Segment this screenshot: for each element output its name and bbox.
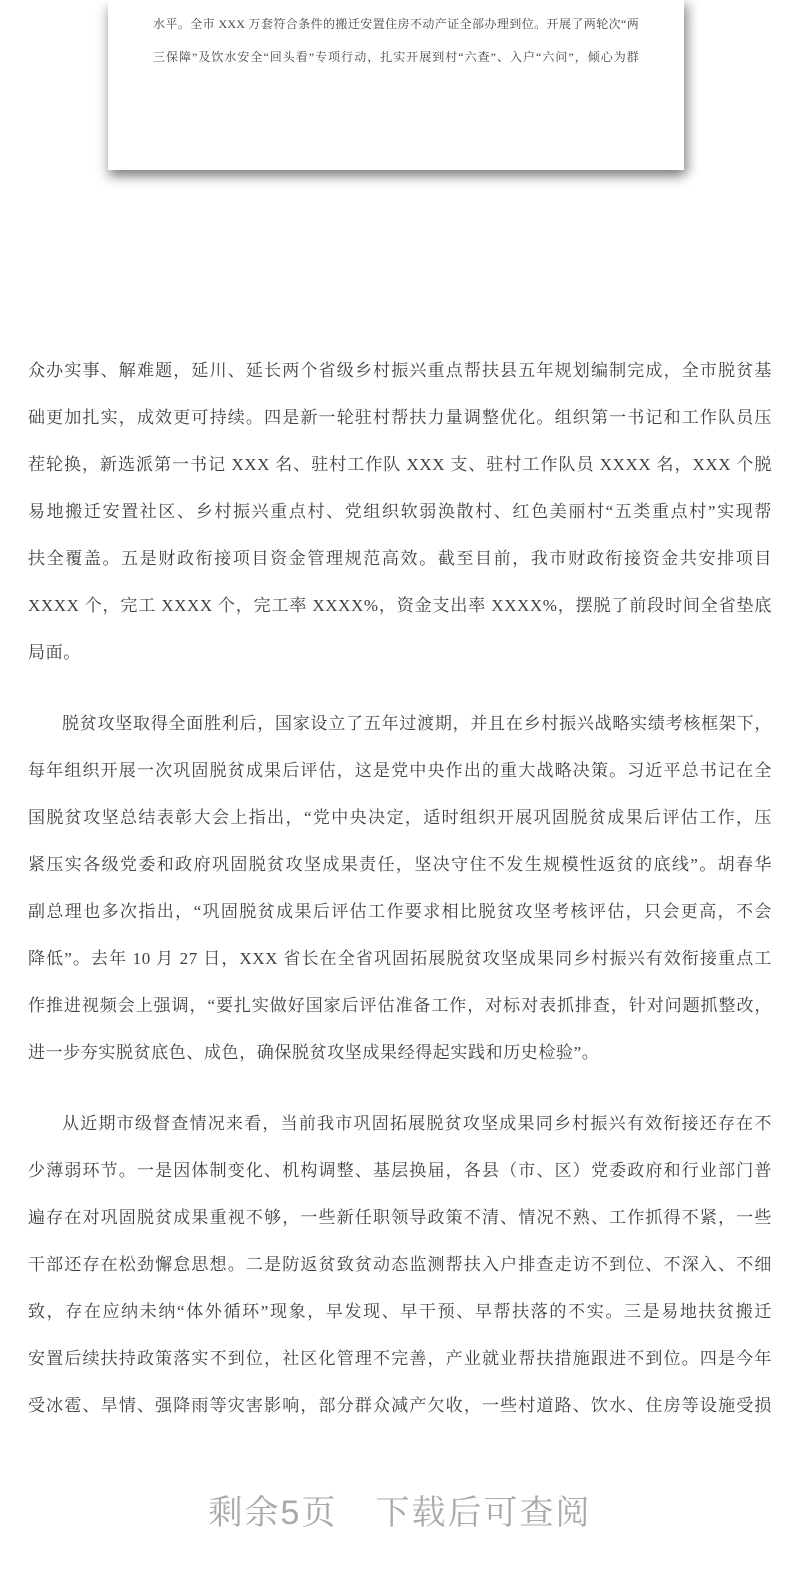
text-line: 茬轮换，新选派第一书记 XXX 名、驻村工作队 XXX 支、驻村工作队员 XXX… (28, 441, 772, 488)
text-line: 础更加扎实，成效更可持续。四是新一轮驻村帮扶力量调整优化。组织第一书记和工作队员… (28, 394, 772, 441)
remaining-pages-notice: 剩余5页下载后可查阅 (0, 1485, 800, 1534)
download-hint: 下载后可查阅 (375, 1485, 591, 1534)
text-line: 易地搬迁安置社区、乡村振兴重点村、党组织软弱涣散村、红色美丽村“五类重点村”实现… (28, 488, 772, 535)
text-line: 干部还存在松劲懈怠思想。二是防返贫致贫动态监测帮扶入户排查走访不到位、不深入、不… (28, 1241, 772, 1288)
preview-text-line: 三保障”及饮水安全“回头看”专项行动，扎实开展到村“六查”、入户“六问”，倾心为… (153, 41, 639, 74)
text-line: 安置后续扶持政策落实不到位，社区化管理不完善，产业就业帮扶措施跟进不到位。四是今… (28, 1335, 772, 1382)
text-line: 副总理也多次指出，“巩固脱贫成果后评估工作要求相比脱贫攻坚考核评估，只会更高，不… (28, 888, 772, 935)
text-line: 作推进视频会上强调，“要扎实做好国家后评估准备工作，对标对表抓排查，针对问题抓整… (28, 982, 772, 1029)
preview-text-line: 水平。全市 XXX 万套符合条件的搬迁安置住房不动产证全部办理到位。开展了两轮次… (153, 8, 639, 41)
text-line: 众办实事、解难题，延川、延长两个省级乡村振兴重点帮扶县五年规划编制完成，全市脱贫… (28, 347, 772, 394)
text-line: 脱贫攻坚取得全面胜利后，国家设立了五年过渡期，并且在乡村振兴战略实绩考核框架下， (28, 700, 772, 747)
text-line: 降低”。去年 10 月 27 日，XXX 省长在全省巩固拓展脱贫攻坚成果同乡村振… (28, 935, 772, 982)
text-line: 遍存在对巩固脱贫成果重视不够，一些新任职领导政策不清、情况不熟、工作抓得不紧，一… (28, 1194, 772, 1241)
text-line: 国脱贫攻坚总结表彰大会上指出，“党中央决定，适时组织开展巩固脱贫成果后评估工作，… (28, 794, 772, 841)
document-preview-page: 水平。全市 XXX 万套符合条件的搬迁安置住房不动产证全部办理到位。开展了两轮次… (108, 0, 684, 170)
text-line: 紧压实各级党委和政府巩固脱贫攻坚成果责任，坚决守住不发生规模性返贫的底线”。胡春… (28, 841, 772, 888)
body-paragraph: 脱贫攻坚取得全面胜利后，国家设立了五年过渡期，并且在乡村振兴战略实绩考核框架下，… (28, 700, 772, 1076)
text-line: 从近期市级督查情况来看，当前我市巩固拓展脱贫攻坚成果同乡村振兴有效衔接还存在不 (28, 1100, 772, 1147)
document-body: 众办实事、解难题，延川、延长两个省级乡村振兴重点帮扶县五年规划编制完成，全市脱贫… (28, 347, 772, 1429)
text-line: 致，存在应纳未纳“体外循环”现象，早发现、早干预、早帮扶落的不实。三是易地扶贫搬… (28, 1288, 772, 1335)
text-line: 扶全覆盖。五是财政衔接项目资金管理规范高效。截至目前，我市财政衔接资金共安排项目 (28, 535, 772, 582)
remaining-pages-count: 剩余5页 (209, 1485, 338, 1534)
text-line: 每年组织开展一次巩固脱贫成果后评估，这是党中央作出的重大战略决策。习近平总书记在… (28, 747, 772, 794)
body-paragraph: 从近期市级督查情况来看，当前我市巩固拓展脱贫攻坚成果同乡村振兴有效衔接还存在不 … (28, 1100, 772, 1429)
text-line: 少薄弱环节。一是因体制变化、机构调整、基层换届，各县（市、区）党委政府和行业部门… (28, 1147, 772, 1194)
text-line: 受冰雹、旱情、强降雨等灾害影响，部分群众减产欠收，一些村道路、饮水、住房等设施受… (28, 1382, 772, 1429)
text-line: 局面。 (28, 629, 772, 676)
body-paragraph: 众办实事、解难题，延川、延长两个省级乡村振兴重点帮扶县五年规划编制完成，全市脱贫… (28, 347, 772, 676)
text-line: XXXX 个，完工 XXXX 个，完工率 XXXX%，资金支出率 XXXX%，摆… (28, 582, 772, 629)
text-line: 进一步夯实脱贫底色、成色，确保脱贫攻坚成果经得起实践和历史检验”。 (28, 1029, 772, 1076)
